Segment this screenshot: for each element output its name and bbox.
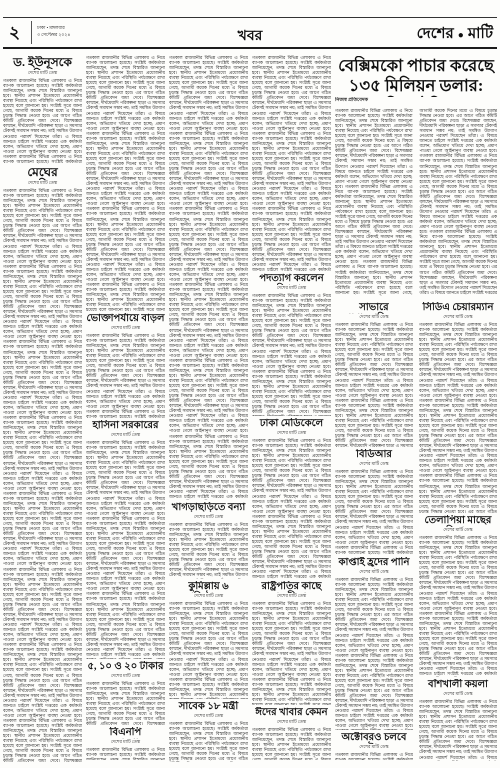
article-headline: অক্টোবরও চলবে মেট্রোরেল <box>335 732 413 744</box>
article-byline: দেশের মাটি ডেস্ক <box>86 739 165 746</box>
lead-article-body: গতকাল রাজধানীর বিভিন্ন এলাকায় এ নিয়ে ব… <box>335 108 497 298</box>
article: সাভারে পোশাকশ্রমিকদেরদেশের মাটি ডেস্কগতক… <box>335 302 413 447</box>
article: তেলাপিয়া মাছের বিস্তারদেশের মাটি ডেস্কগ… <box>419 515 497 677</box>
article-byline: দেশের মাটি ডেস্ক <box>86 673 165 680</box>
column-3: গতকাল রাজধানীর বিভিন্ন এলাকায় এ নিয়ে ব… <box>169 55 248 762</box>
article-byline: দেশের মাটি ডেস্ক <box>252 285 331 292</box>
article-byline: দেশের মাটি ডেস্ক <box>335 569 413 576</box>
article-byline: দেশের মাটি ডেস্ক <box>335 461 413 468</box>
masthead: দেশের ● মাটি <box>417 22 493 47</box>
article-headline: বিডিআর হত্যাকাণ্ডের <box>335 449 413 461</box>
article-headline: ভোক্তাপর্যায়ে বাড়ল <box>86 313 165 325</box>
article-body: গতকাল রাজধানীর বিভিন্ন এলাকায় এ নিয়ে ব… <box>86 333 165 418</box>
article-headline: ঈদের খাবার কেমন <box>252 707 331 719</box>
article-headline: পদত্যাগ করলেন স্পিকার <box>252 273 331 285</box>
article: ড. ইউনূসকে জাতিসংঘদেশের মাটি ডেস্কগতকাল … <box>3 56 82 164</box>
article: গতকাল রাজধানীর বিভিন্ন এলাকায় এ নিয়ে ব… <box>86 55 165 311</box>
article: সিডিএ চেয়ারম্যানদেশের মাটি ডেস্কগতকাল র… <box>419 302 497 513</box>
article-headline: খাগড়াছড়িতে বন্যা <box>169 502 248 514</box>
article: কাপ্তাই হ্রদের পানি কমাতেদেশের মাটি ডেস্… <box>335 557 413 730</box>
article-body: গতকাল রাজধানীর বিভিন্ন এলাকায় এ নিয়ে ব… <box>169 721 248 762</box>
article-body: গতকাল রাজধানীর বিভিন্ন এলাকায় এ নিয়ে ব… <box>419 699 497 761</box>
article-byline: দেশের মাটি ডেস্ক <box>86 432 165 439</box>
article-body: গতকাল রাজধানীর বিভিন্ন এলাকায় এ নিয়ে ব… <box>252 55 331 271</box>
lead-headline: বেক্সিমকো পাচার করেছে ১৩৫ মিলিয়ন ডলার: … <box>335 56 497 97</box>
article-headline: হাসিনা সরকারের মেগা <box>86 420 165 432</box>
lead-article-region: বেক্সিমকো পাচার করেছে ১৩৫ মিলিয়ন ডলার: … <box>335 55 497 762</box>
article-byline: দেশের মাটি ডেস্ক <box>252 593 331 600</box>
article-headline: তেলাপিয়া মাছের বিস্তার <box>419 515 497 527</box>
article: খাগড়াছড়িতে বন্যাদেশের মাটি ডেস্কগতকাল … <box>169 502 248 579</box>
article: ৫, ১০ ও ২০ টাকারদেশের মাটি ডেস্কগতকাল রা… <box>86 661 165 725</box>
article: পদত্যাগ করলেন স্পিকারদেশের মাটি ডেস্কগতক… <box>252 273 331 416</box>
article-body: গতকাল রাজধানীর বিভিন্ন এলাকায় এ নিয়ে ব… <box>335 469 413 555</box>
column-4: গতকাল রাজধানীর বিভিন্ন এলাকায় এ নিয়ে ব… <box>252 55 331 762</box>
article-byline: দেশের মাটি ডেস্ক <box>86 325 165 332</box>
lead-byline: নিজস্ব প্রতিবেদক <box>335 97 497 106</box>
article-headline: সিডিএ চেয়ারম্যান <box>419 302 497 314</box>
article-body: গতকাল রাজধানীর বিভিন্ন এলাকায় এ নিয়ে ব… <box>86 681 165 725</box>
article-byline: দেশের মাটি ডেস্ক <box>419 314 497 321</box>
article: ঈদের খাবার কেমনদেশের মাটি ডেস্কগতকাল রাজ… <box>252 707 331 760</box>
article: গতকাল রাজধানীর বিভিন্ন এলাকায় এ নিয়ে ব… <box>252 55 331 271</box>
article-body: গতকাল রাজধানীর বিভিন্ন এলাকায় এ নিয়ে ব… <box>169 522 248 579</box>
article-body: গতকাল রাজধানীর বিভিন্ন এলাকায় এ নিয়ে ব… <box>86 747 165 760</box>
article-headline: রাষ্ট্রপতির কাছে মালদ্বীপের <box>252 581 331 593</box>
article-headline: ড. ইউনূসকে জাতিসংঘ <box>3 56 82 70</box>
article-byline: দেশের মাটি ডেস্ক <box>252 430 331 437</box>
article-headline: কুমিল্লায় ৬ প্রতিষ্ঠানকে <box>169 581 248 593</box>
article-byline: দেশের মাটি ডেস্ক <box>335 744 413 751</box>
article-body: গতকাল রাজধানীর বিভিন্ন এলাকায় এ নিয়ে ব… <box>419 322 497 513</box>
article: হাসিনা সরকারের মেগাদেশের মাটি ডেস্কগতকাল… <box>86 420 165 659</box>
article-byline: দেশের মাটি ডেস্ক <box>3 70 82 77</box>
article-body: গতকাল রাজধানীর বিভিন্ন এলাকায় এ নিয়ে ব… <box>419 535 497 677</box>
article-body: গতকাল রাজধানীর বিভিন্ন এলাকায় এ নিয়ে ব… <box>86 55 165 311</box>
article-headline: ৫, ১০ ও ২০ টাকার <box>86 661 165 673</box>
column-5: সাভারে পোশাকশ্রমিকদেরদেশের মাটি ডেস্কগতক… <box>335 301 413 761</box>
article-byline: দেশের মাটি ডেস্ক <box>419 691 497 698</box>
article-byline: দেশের মাটি ডেস্ক <box>169 593 248 600</box>
article-headline: মেঘের সেরামিকসে <box>3 166 82 180</box>
article-headline: ঢাকা মেডিকেলে <box>252 418 331 430</box>
article-body: গতকাল রাজধানীর বিভিন্ন এলাকায় এ নিয়ে ব… <box>252 601 331 705</box>
article-headline: বিএনপি তত্ত্বাবধায়ক <box>86 727 165 739</box>
article: অক্টোবরও চলবে মেট্রোরেলদেশের মাটি ডেস্কগ… <box>335 732 413 760</box>
masthead-dot-icon: ● <box>458 31 464 41</box>
article-byline: দেশের মাটি ডেস্ক <box>252 719 331 726</box>
article-headline: সাবেক ১৮ মন্ত্রী <box>169 701 248 713</box>
article-body: গতকাল রাজধানীর বিভিন্ন এলাকায় এ নিয়ে ব… <box>86 440 165 659</box>
article-byline: দেশের মাটি ডেস্ক <box>169 713 248 720</box>
newspaper-page: ২ ঢাকা • মঙ্গলবার ৩ সেপ্টেম্বর ২০২৪ খবর … <box>0 0 500 768</box>
header-bottom-rule <box>3 47 497 49</box>
article-byline: দেশের মাটি ডেস্ক <box>419 527 497 534</box>
article: ভোক্তাপর্যায়ে বাড়লদেশের মাটি ডেস্কগতকা… <box>86 313 165 418</box>
masthead-word-left: দেশের <box>417 22 454 47</box>
column-2: গতকাল রাজধানীর বিভিন্ন এলাকায় এ নিয়ে ব… <box>86 55 165 762</box>
article: রাষ্ট্রপতির কাছে মালদ্বীপেরদেশের মাটি ডে… <box>252 581 331 705</box>
article-headline: সাভারে পোশাকশ্রমিকদের <box>335 302 413 314</box>
article: গতকাল রাজধানীর বিভিন্ন এলাকায় এ নিয়ে ব… <box>169 55 248 500</box>
article-byline: দেশের মাটি ডেস্ক <box>335 314 413 321</box>
article-body: গতকাল রাজধানীর বিভিন্ন এলাকায় এ নিয়ে ব… <box>335 577 413 730</box>
article-body: গতকাল রাজধানীর বিভিন্ন এলাকায় এ নিয়ে ব… <box>252 293 331 416</box>
article: মেঘের সেরামিকসেদেশের মাটি ডেস্কগতকাল রাজ… <box>3 166 82 762</box>
article-body: গতকাল রাজধানীর বিভিন্ন এলাকায় এ নিয়ে ব… <box>169 55 248 500</box>
article-body: গতকাল রাজধানীর বিভিন্ন এলাকায় এ নিয়ে ব… <box>3 188 82 762</box>
article-byline: দেশের মাটি ডেস্ক <box>3 180 82 187</box>
article-body: গতকাল রাজধানীর বিভিন্ন এলাকায় এ নিয়ে ব… <box>335 322 413 447</box>
column-6: সিডিএ চেয়ারম্যানদেশের মাটি ডেস্কগতকাল র… <box>419 301 497 761</box>
article: কুমিল্লায় ৬ প্রতিষ্ঠানকেদেশের মাটি ডেস্… <box>169 581 248 699</box>
article-body: গতকাল রাজধানীর বিভিন্ন এলাকায় এ নিয়ে ব… <box>335 752 413 760</box>
header-top-rule <box>3 17 497 18</box>
article-headline: বাঁশখালী কয়লা <box>419 679 497 691</box>
right-subcolumns: সাভারে পোশাকশ্রমিকদেরদেশের মাটি ডেস্কগতক… <box>335 301 497 761</box>
masthead-word-right: মাটি <box>468 22 493 47</box>
article-headline: কাপ্তাই হ্রদের পানি কমাতে <box>335 557 413 569</box>
article: ঢাকা মেডিকেলেদেশের মাটি ডেস্কগতকাল রাজধা… <box>252 418 331 579</box>
article-body: গতকাল রাজধানীর বিভিন্ন এলাকায় এ নিয়ে ব… <box>252 438 331 579</box>
article: বিএনপি তত্ত্বাবধায়কদেশের মাটি ডেস্কগতকা… <box>86 727 165 760</box>
column-1: ড. ইউনূসকে জাতিসংঘদেশের মাটি ডেস্কগতকাল … <box>3 55 82 762</box>
article: সাবেক ১৮ মন্ত্রীদেশের মাটি ডেস্কগতকাল রা… <box>169 701 248 762</box>
article: বাঁশখালী কয়লাদেশের মাটি ডেস্কগতকাল রাজধ… <box>419 679 497 761</box>
article-body: গতকাল রাজধানীর বিভিন্ন এলাকায় এ নিয়ে ব… <box>169 601 248 699</box>
article-body: গতকাল রাজধানীর বিভিন্ন এলাকায় এ নিয়ে ব… <box>3 78 82 164</box>
article: বিডিআর হত্যাকাণ্ডেরদেশের মাটি ডেস্কগতকাল… <box>335 449 413 555</box>
article-body: গতকাল রাজধানীর বিভিন্ন এলাকায় এ নিয়ে ব… <box>252 727 331 760</box>
article-byline: দেশের মাটি ডেস্ক <box>169 514 248 521</box>
